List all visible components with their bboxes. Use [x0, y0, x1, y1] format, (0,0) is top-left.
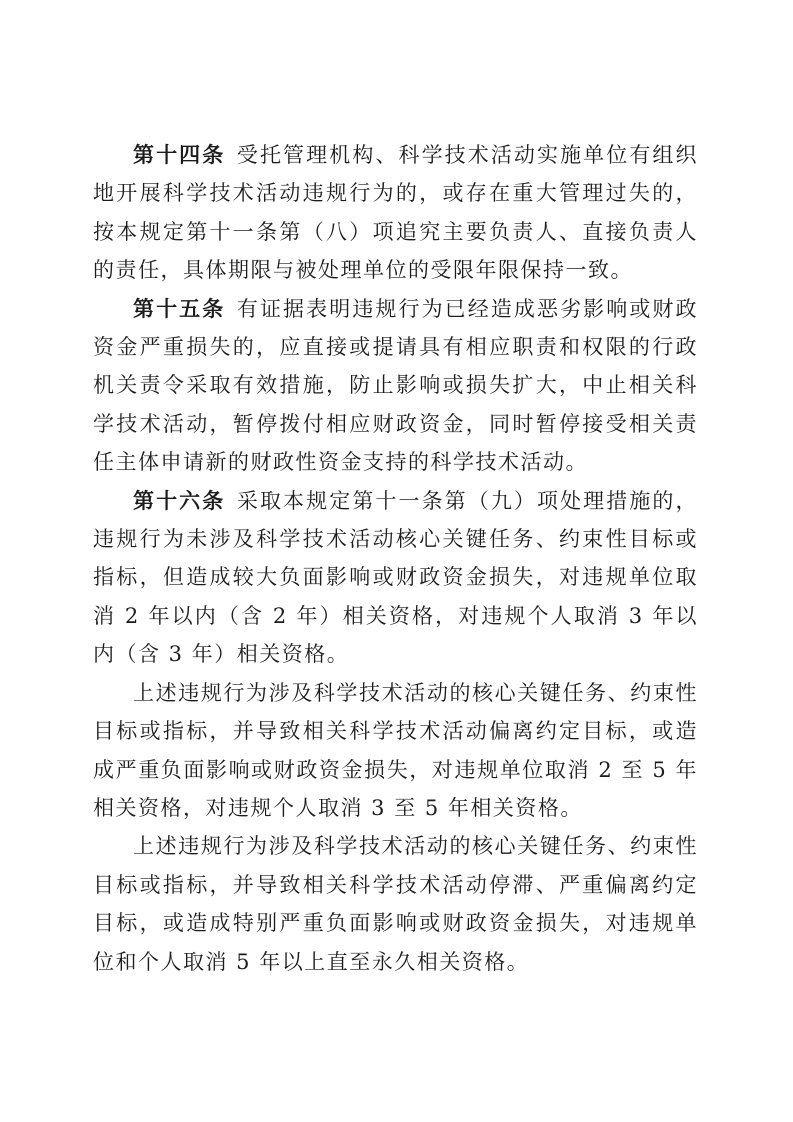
article-number: 第十四条 [133, 142, 225, 167]
document-body: 第十四条受托管理机构、科学技术活动实施单位有组织地开展科学技术活动违规行为的，或… [93, 136, 698, 981]
paragraph-text: 上述违规行为涉及科学技术活动的核心关键任务、约束性目标或指标，并导致相关科学技术… [93, 834, 698, 973]
paragraph: 第十四条受托管理机构、科学技术活动实施单位有组织地开展科学技术活动违规行为的，或… [93, 136, 698, 290]
paragraph-text: 上述违规行为涉及科学技术活动的核心关键任务、约束性目标或指标，并导致相关科学技术… [93, 681, 698, 820]
document-page: 第十四条受托管理机构、科学技术活动实施单位有组织地开展科学技术活动违规行为的，或… [0, 0, 793, 1122]
paragraph-text: 采取本规定第十一条第（九）项处理措施的，违规行为未涉及科学技术活动核心关键任务、… [93, 489, 698, 667]
article-number: 第十六条 [133, 488, 225, 513]
paragraph: 上述违规行为涉及科学技术活动的核心关键任务、约束性目标或指标，并导致相关科学技术… [93, 674, 698, 828]
paragraph: 上述违规行为涉及科学技术活动的核心关键任务、约束性目标或指标，并导致相关科学技术… [93, 827, 698, 981]
paragraph: 第十六条采取本规定第十一条第（九）项处理措施的，违规行为未涉及科学技术活动核心关… [93, 482, 698, 674]
article-number: 第十五条 [133, 296, 225, 321]
paragraph: 第十五条有证据表明违规行为已经造成恶劣影响或财政资金严重损失的，应直接或提请具有… [93, 290, 698, 482]
paragraph-text: 有证据表明违规行为已经造成恶劣影响或财政资金严重损失的，应直接或提请具有相应职责… [93, 297, 698, 475]
